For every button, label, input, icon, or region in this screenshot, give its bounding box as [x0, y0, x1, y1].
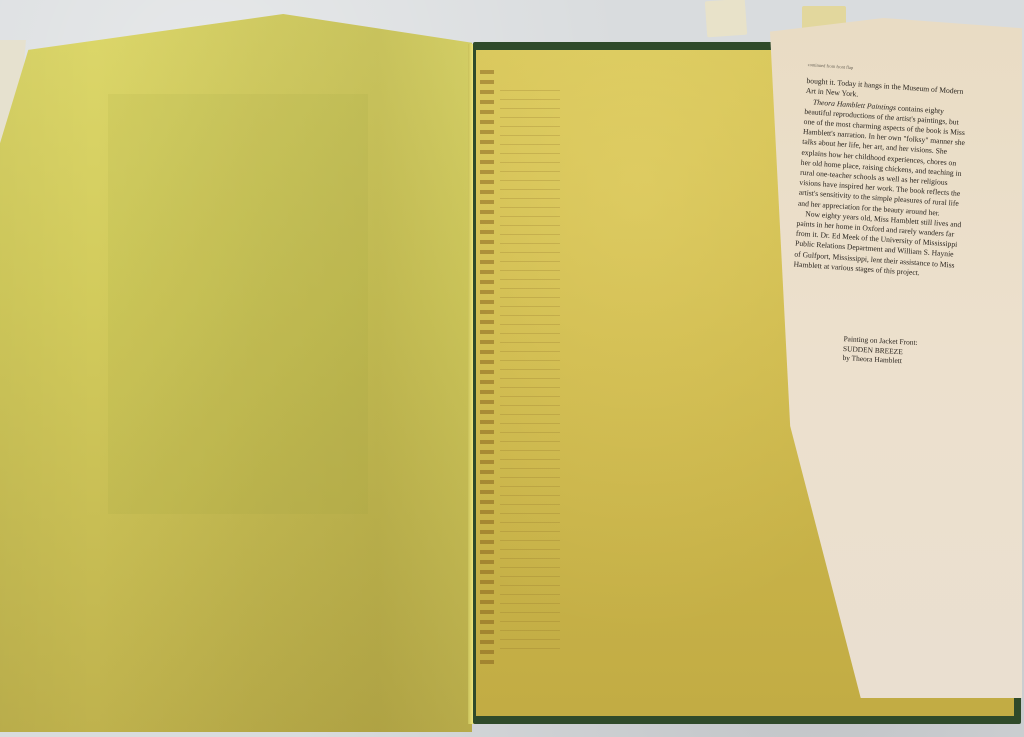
jacket-credit: Painting on Jacket Front: SUDDEN BREEZE … — [842, 334, 918, 367]
flap-paragraph-2-body: contains eighty beautiful reproductions … — [798, 103, 966, 217]
flap-paragraph-3: Now eighty years old, Miss Hamblett stil… — [793, 208, 962, 281]
left-endpaper — [0, 14, 472, 732]
hinge-stain — [480, 70, 494, 670]
jacket-flap-text: continued from front flap bought it. Tod… — [793, 60, 972, 281]
tape-piece — [705, 0, 747, 37]
flap-paragraph-2: Theora Hamblett Paintings contains eight… — [798, 97, 970, 220]
offset-lines — [500, 90, 560, 650]
